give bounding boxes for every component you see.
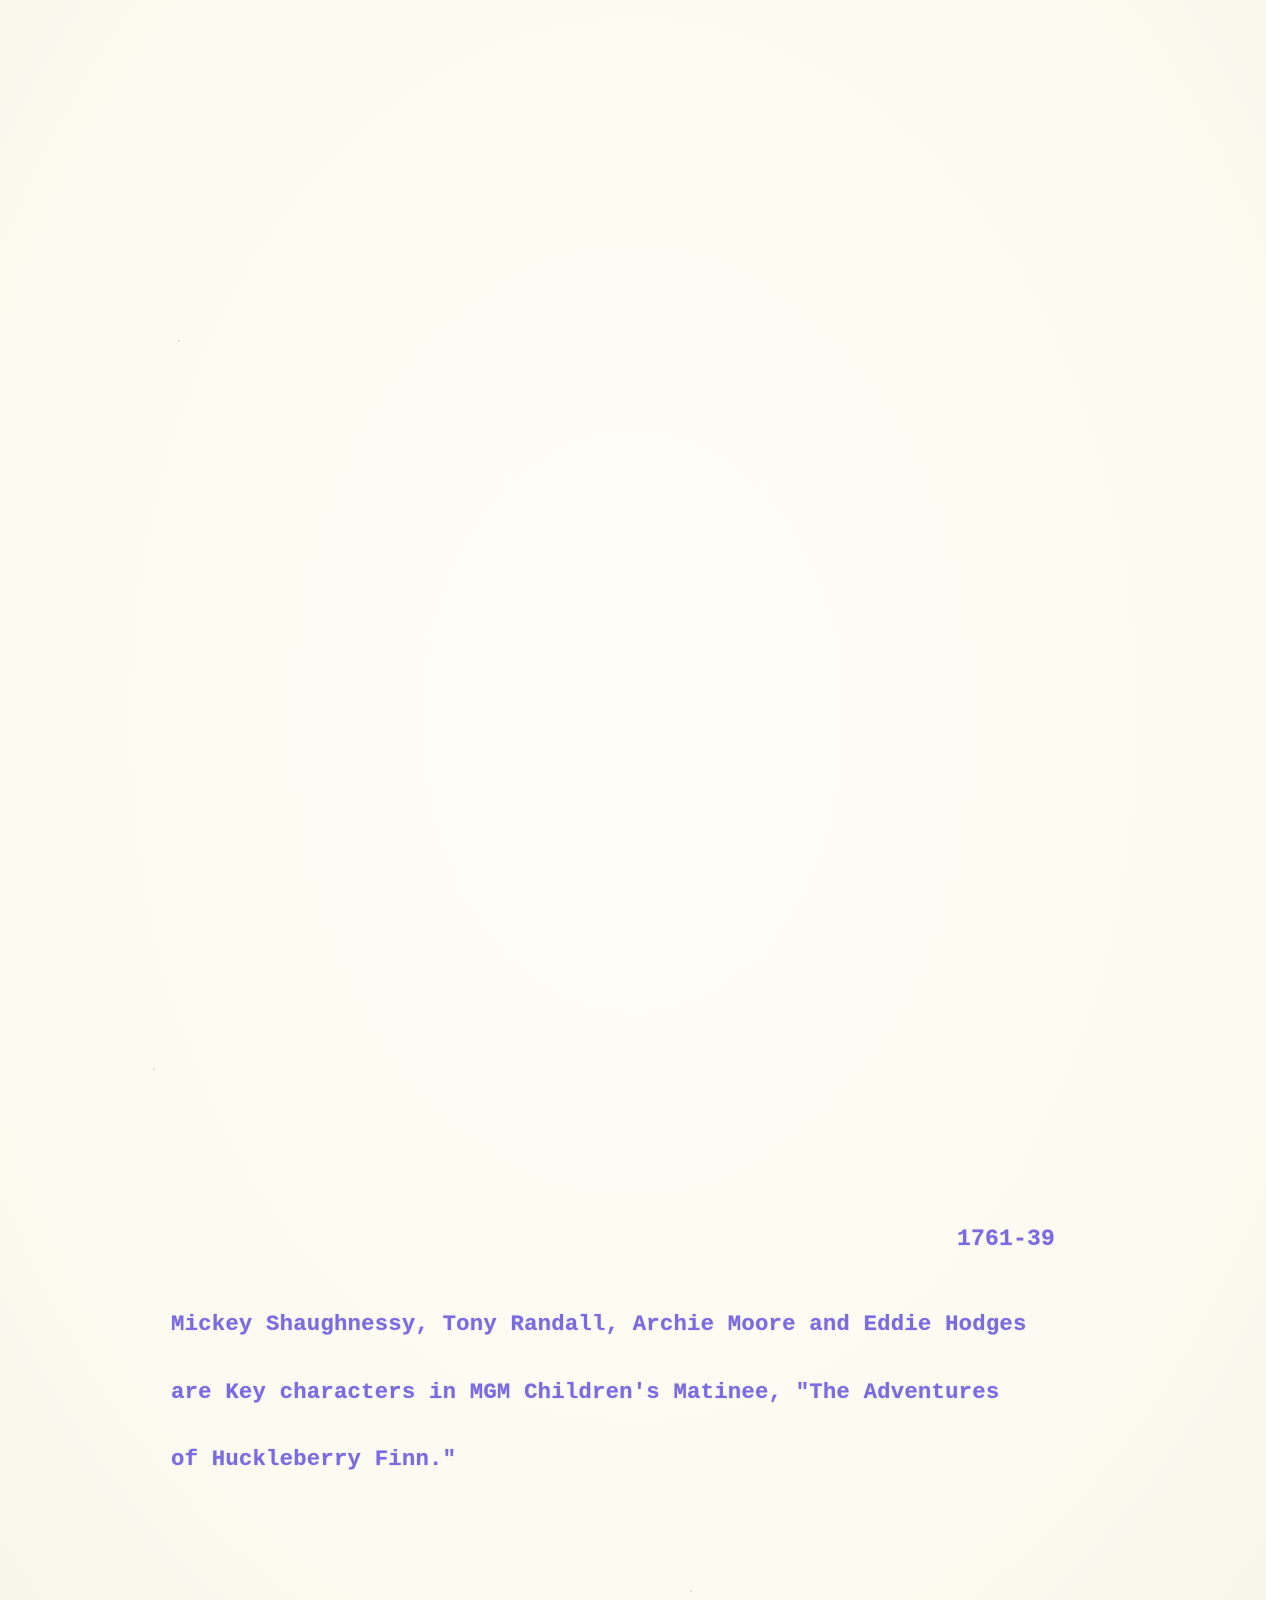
caption-line: Mickey Shaughnessy, Tony Randall, Archie… [171,1313,1181,1336]
caption-line: are Key characters in MGM Children's Mat… [171,1381,1181,1404]
paper-speck [153,1068,155,1070]
reference-number: 1761-39 [957,1226,1055,1252]
caption-text: Mickey Shaughnessy, Tony Randall, Archie… [171,1268,1181,1516]
paper-speck [178,340,180,342]
paper-sheet: 1761-39 Mickey Shaughnessy, Tony Randall… [0,0,1266,1600]
caption-line: of Huckleberry Finn." [171,1448,1181,1471]
paper-speck [690,1590,692,1592]
